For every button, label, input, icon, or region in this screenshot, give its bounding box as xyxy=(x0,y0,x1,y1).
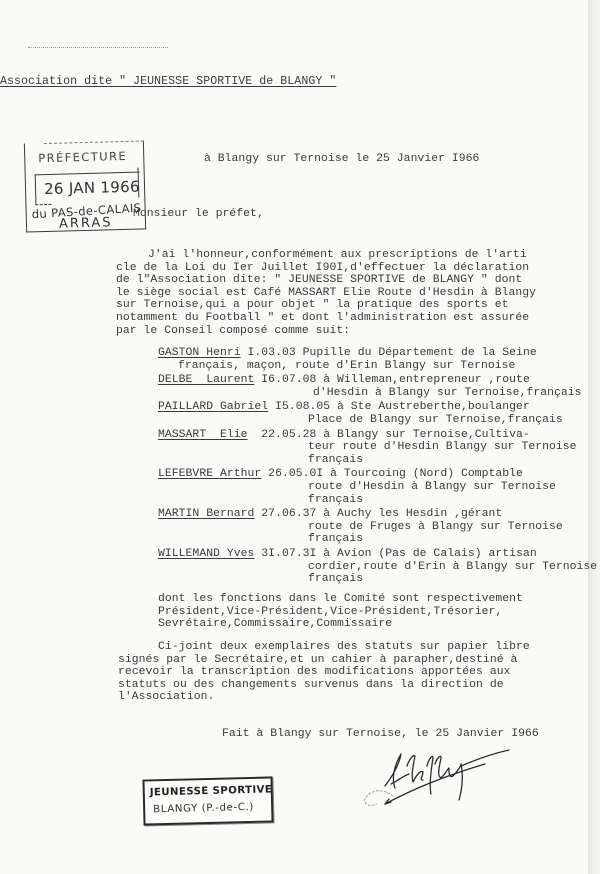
member-details-continuation: français, maçon, route d'Erin Blangy sur… xyxy=(158,360,597,373)
member-entry: DELBE Laurent I6.07.08 à Willeman,entrep… xyxy=(158,374,597,387)
member-details: 3I.07.3I à Avion (Pas de Calais) artisan xyxy=(254,548,536,560)
member-entry: WILLEMAND Yves 3I.07.3I à Avion (Pas de … xyxy=(158,548,597,561)
association-stamp-name: JEUNESSE SPORTIVE xyxy=(150,784,273,798)
enclosure-line: recevoir la transcription des modificati… xyxy=(118,666,530,679)
prefecture-received-stamp: PRÉFECTURE 26 JAN 1966 du PAS-de-CALAIS … xyxy=(24,134,147,237)
member-details-continuation: français xyxy=(158,494,597,507)
intro-line: le siège social est Café MASSART Elie Ro… xyxy=(116,287,536,300)
document-header: Association dite " JEUNESSE SPORTIVE de … xyxy=(0,76,336,89)
member-entry: MASSART Elie 22.05.28 à Blangy sur Terno… xyxy=(158,429,597,442)
enclosure-line: l'Association. xyxy=(118,691,530,704)
member-details: 27.06.37 à Auchy les Hesdin ,gérant xyxy=(254,508,502,520)
member-details: 22.05.28 à Blangy sur Ternoise,Cultiva- xyxy=(248,429,530,441)
members-list: GASTON Henri I.03.03 Pupille du Départem… xyxy=(158,347,597,586)
enclosure-line: signés par le Secrétaire,et un cahier à … xyxy=(118,654,530,667)
intro-line: de l"Association dite: " JEUNESSE SPORTI… xyxy=(116,274,536,287)
signature-icon xyxy=(345,744,525,814)
functions-line: Sevrétaire,Commissaire,Commissaire xyxy=(158,618,523,631)
closing-line: Fait à Blangy sur Ternoise, le 25 Janvie… xyxy=(222,728,539,741)
member-entry: LEFEBVRE Arthur 26.05.0I à Tourcoing (No… xyxy=(158,468,597,481)
member-name: PAILLARD Gabriel xyxy=(158,401,268,413)
member-details-continuation: français xyxy=(158,533,597,546)
member-details-continuation: Place de Blangy sur Ternoise,français xyxy=(158,414,597,427)
member-name: MARTIN Bernard xyxy=(158,508,254,520)
member-details: I.03.03 Pupille du Département de la Sei… xyxy=(241,347,537,359)
intro-line: sur Ternoise,qui a pour objet " la prati… xyxy=(116,299,536,312)
member-details: 26.05.0I à Tourcoing (Nord) Comptable xyxy=(261,468,523,480)
member-name: GASTON Henri xyxy=(158,347,241,359)
member-details-continuation: route d'Hesdin à Blangy sur Ternoise xyxy=(158,481,597,494)
member-name: WILLEMAND Yves xyxy=(158,548,254,560)
member-details-continuation: français xyxy=(158,454,597,467)
intro-line: J'ai l'honneur,conformément aux prescrip… xyxy=(116,249,536,262)
member-entry: MARTIN Bernard 27.06.37 à Auchy les Hesd… xyxy=(158,508,597,521)
enclosure-line: statuts ou des changements survenus dans… xyxy=(118,679,530,692)
member-details-continuation: français xyxy=(158,573,597,586)
faint-dotted-rule xyxy=(28,47,168,48)
member-details: I6.07.08 à Willeman,entrepreneur ,route xyxy=(254,374,529,386)
stamp-prefecture-label: PRÉFECTURE xyxy=(38,149,127,165)
member-details-continuation: d'Hesdin à Blangy sur Ternoise,français xyxy=(158,387,597,400)
functions-line: Président,Vice-Président,Vice-Président,… xyxy=(158,606,523,619)
member-entry: PAILLARD Gabriel I5.08.05 à Ste Austrebe… xyxy=(158,401,597,414)
member-details-continuation: teur route d'Hesdin Blangy sur Ternoise xyxy=(158,441,597,454)
intro-line: par le Conseil composé comme suit: xyxy=(116,325,536,338)
member-details-continuation: cordier,route d'Erin à Blangy sur Ternoi… xyxy=(158,561,597,574)
association-stamp: JEUNESSE SPORTIVE BLANGY (P.-de-C.) xyxy=(142,776,273,825)
date-line: à Blangy sur Ternoise le 25 Janvier I966 xyxy=(204,153,479,166)
intro-line: notamment du Football " et dont l'admini… xyxy=(116,312,536,325)
member-name: LEFEBVRE Arthur xyxy=(158,468,261,480)
member-name: MASSART Elie xyxy=(158,429,248,441)
enclosure-paragraph: Ci-joint deux exemplaires des statuts su… xyxy=(118,641,530,704)
enclosure-line: Ci-joint deux exemplaires des statuts su… xyxy=(118,641,530,654)
salutation: Monsieur le préfet, xyxy=(133,208,264,221)
intro-line: cle de la Loi du Ier Juillet I90I,d'effe… xyxy=(116,262,536,275)
functions-line: dont les fonctions dans le Comité sont r… xyxy=(158,593,523,606)
member-entry: GASTON Henri I.03.03 Pupille du Départem… xyxy=(158,347,597,360)
intro-paragraph: J'ai l'honneur,conformément aux prescrip… xyxy=(116,249,536,337)
member-details-continuation: route de Fruges à Blangy sur Ternoise xyxy=(158,521,597,534)
stamp-received-date: 26 JAN 1966 xyxy=(44,178,140,199)
stamp-city: ARRAS xyxy=(59,215,113,231)
member-details: I5.08.05 à Ste Austreberthe,boulanger xyxy=(268,401,530,413)
functions-paragraph: dont les fonctions dans le Comité sont r… xyxy=(158,593,523,631)
association-stamp-location: BLANGY (P.-de-C.) xyxy=(153,802,254,815)
member-name: DELBE Laurent xyxy=(158,374,254,386)
